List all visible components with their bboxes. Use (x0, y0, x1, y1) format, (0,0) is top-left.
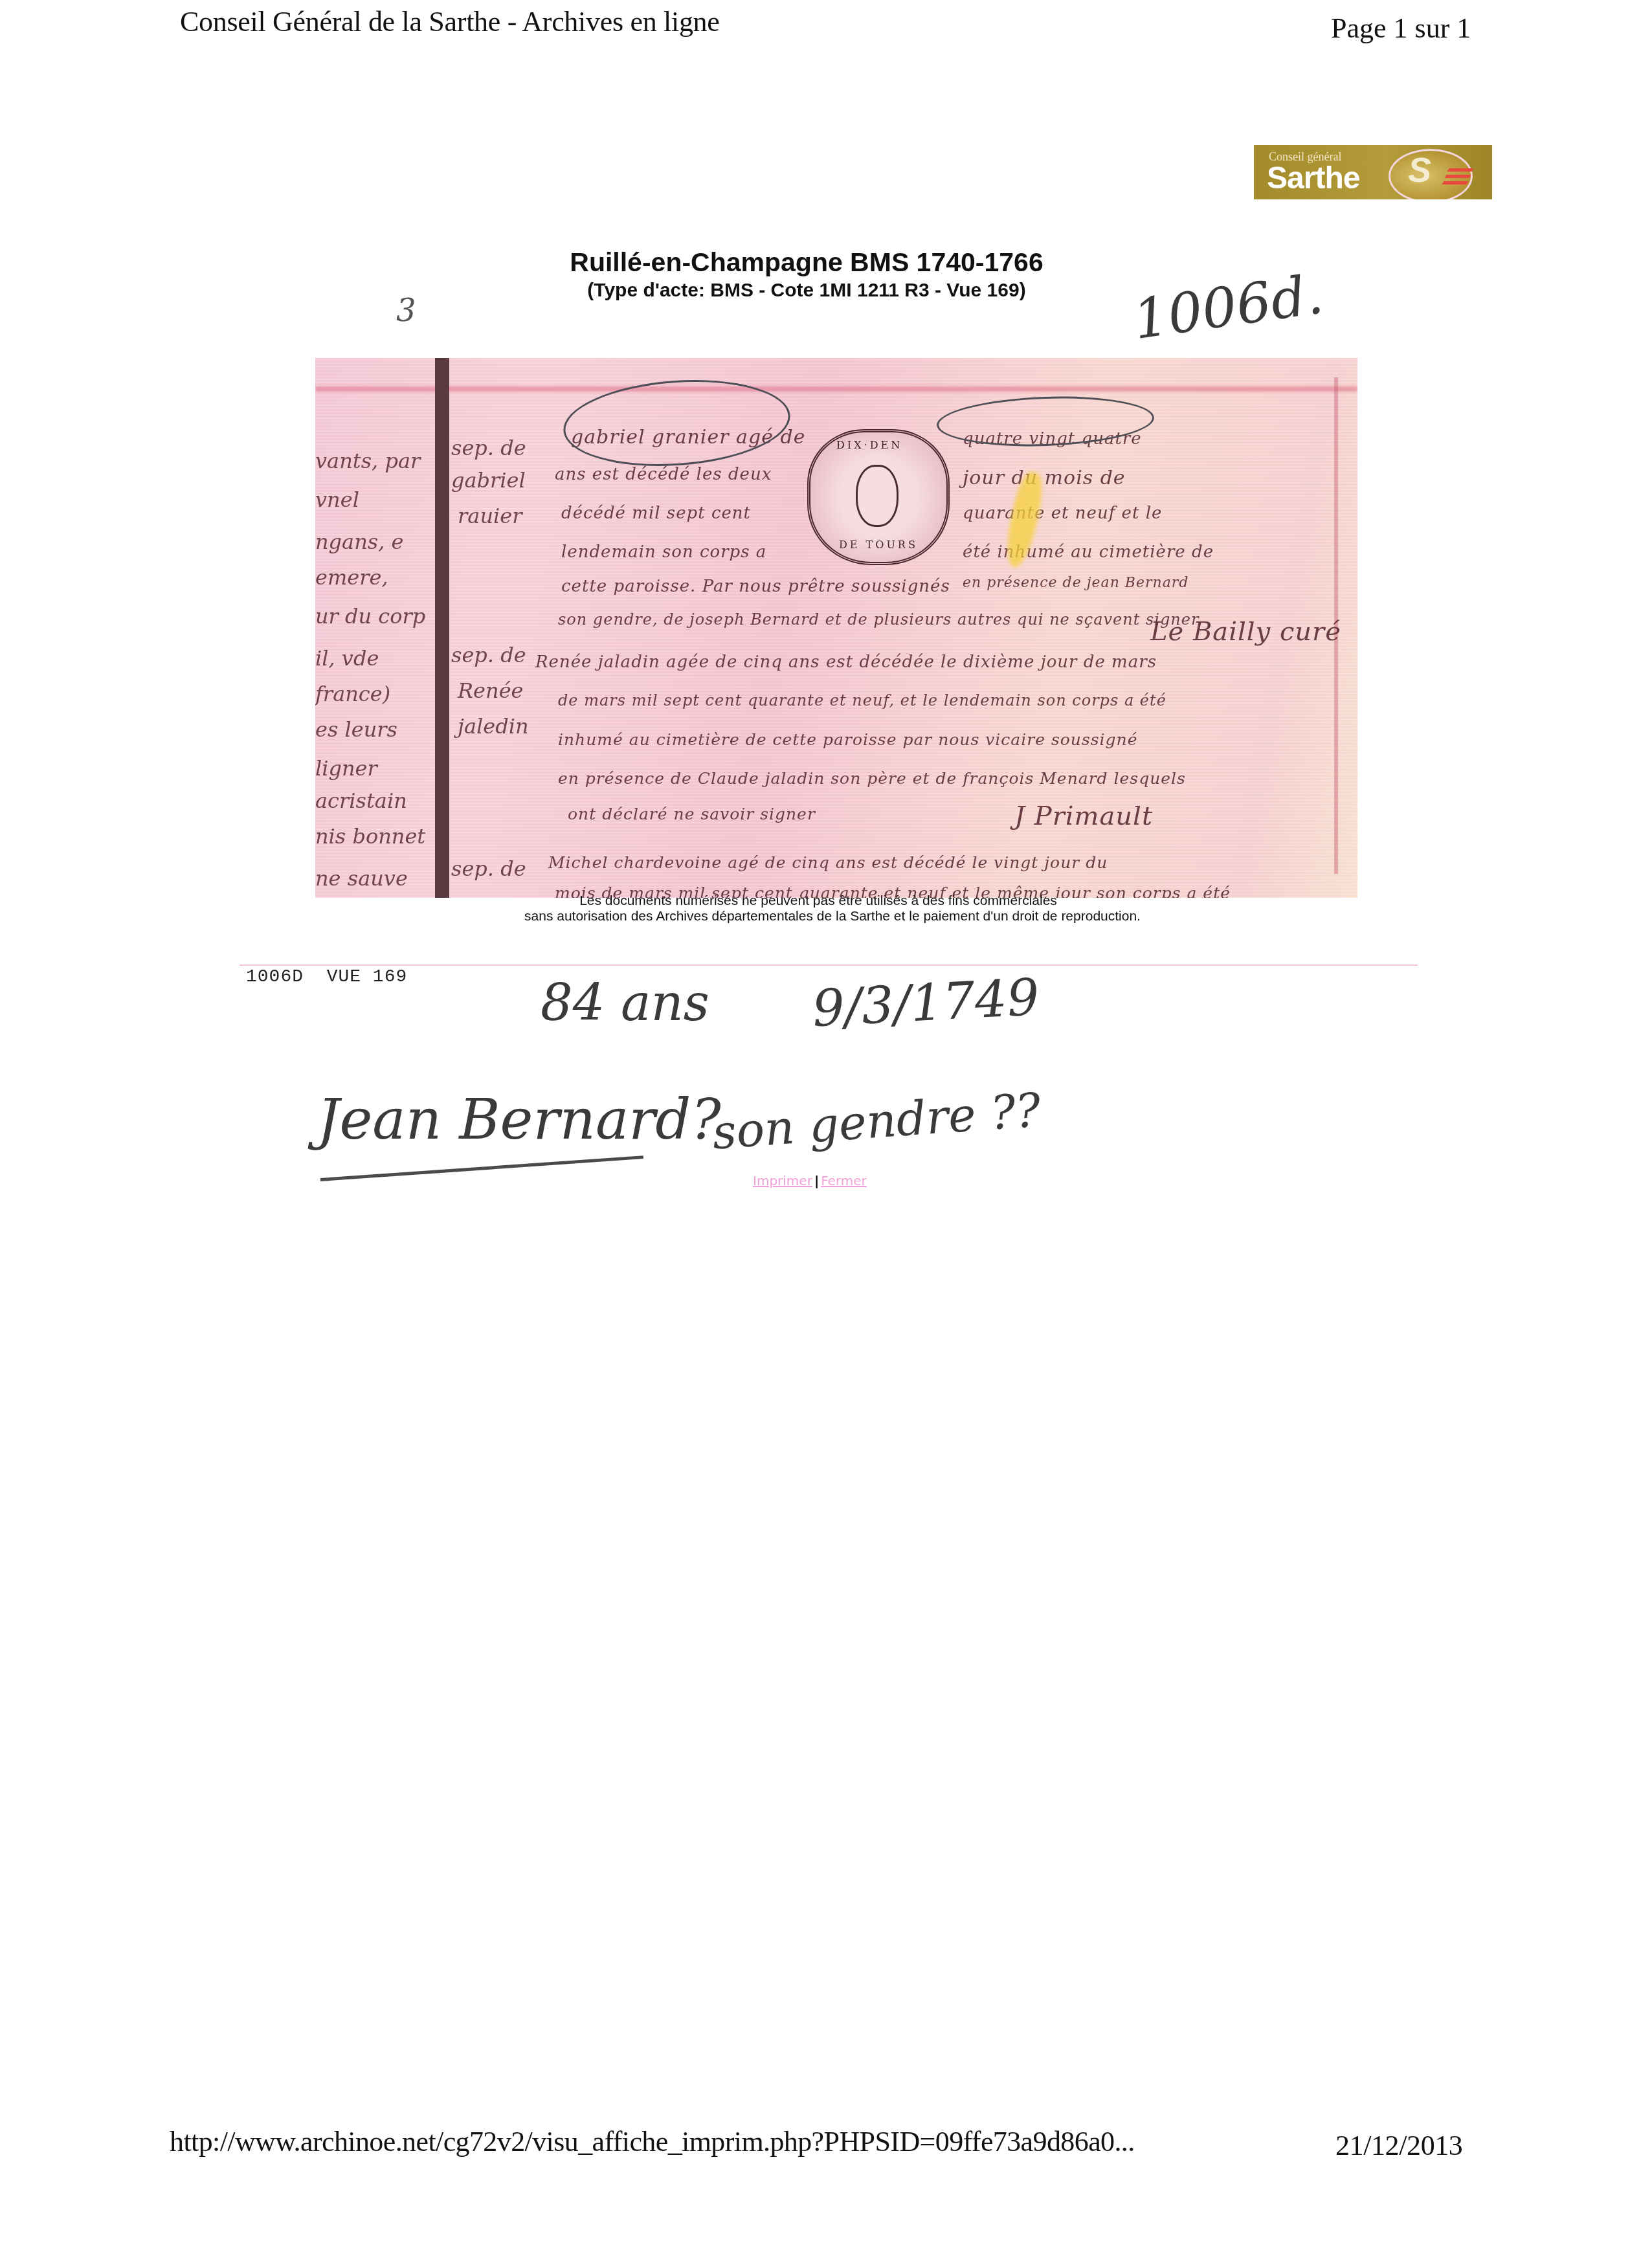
left-column-text: ngans, e (315, 530, 403, 554)
document-subtitle: (Type d'acte: BMS - Cote 1MI 1211 R3 - V… (0, 280, 1652, 302)
reference-view: VUE 169 (327, 967, 408, 987)
copyright-disclaimer: Les documents numérisés ne peuvent pas ê… (0, 893, 1652, 924)
left-column-text: ne sauve (315, 866, 408, 891)
page-indicator: Page 1 sur 1 (1331, 12, 1471, 45)
logo-wordmark: Sarthe (1267, 161, 1359, 197)
scanned-register-image: vants, par vnel ngans, e emere, ur du co… (315, 358, 1357, 898)
disclaimer-line-1: Les documents numérisés ne peuvent pas ê… (0, 893, 1644, 909)
document-title-text: Ruillé-en-Champagne BMS 1740-1766 (570, 247, 1043, 277)
register-line: Renée jaladin agée de cinq ans est décéd… (535, 652, 1157, 672)
left-column-text: ligner (315, 756, 377, 781)
left-column-text: acristain (315, 788, 407, 813)
reference-id: 1006D (246, 967, 304, 987)
print-header-title: Conseil Général de la Sarthe - Archives … (180, 5, 720, 38)
register-line: Michel chardevoine agé de cinq ans est d… (548, 853, 1108, 872)
print-footer-url: http://www.archinoe.net/cg72v2/visu_affi… (170, 2125, 1135, 2158)
register-line: inhumé au cimetière de cette paroisse pa… (558, 730, 1138, 749)
register-line: son gendre, de joseph Bernard et de plus… (558, 610, 1200, 629)
print-link[interactable]: Imprimer (753, 1173, 812, 1188)
left-column-text: nis bonnet (315, 824, 425, 849)
page-actions: Imprimer|Fermer (753, 1173, 867, 1188)
link-separator: | (814, 1173, 819, 1188)
left-column-text: il, vde (315, 646, 379, 671)
stamp-text: DIX·DEN (836, 439, 902, 451)
margin-entry-label: sep. de (451, 643, 526, 667)
register-line: de mars mil sept cent quarante et neuf, … (558, 691, 1166, 709)
register-line: en présence de Claude jaladin son père e… (558, 769, 1186, 788)
register-line: ont déclaré ne savoir signer (568, 805, 816, 823)
reference-code: 1006D VUE 169 (246, 967, 407, 987)
margin-entry-name: Renée (458, 678, 524, 703)
margin-entry-name: gabriel (451, 468, 526, 493)
handwritten-page-number: 3 (396, 293, 416, 329)
left-column-text: vants, par (315, 449, 420, 473)
left-column-text: emere, (315, 565, 388, 590)
close-link[interactable]: Fermer (821, 1173, 867, 1188)
fiscal-stamp-icon: DIX·DEN DE TOURS (807, 429, 950, 565)
register-ruling-line (315, 386, 1357, 392)
handwritten-relation: son gendre ?? (711, 1082, 1042, 1159)
handwritten-underline (320, 1155, 643, 1181)
handwritten-age: 84 ans (541, 974, 709, 1032)
register-line: décédé mil sept cent (561, 504, 751, 523)
signature-le-bailly: Le Bailly curé (1150, 617, 1341, 647)
print-footer-date: 21/12/2013 (1335, 2129, 1462, 2162)
logo-stripe (1447, 168, 1474, 172)
logo-stripe (1445, 175, 1471, 178)
stamp-text: DE TOURS (839, 539, 918, 551)
signature-primault: J Primault (1014, 801, 1153, 831)
disclaimer-line-2: sans autorisation des Archives départeme… (6, 909, 1652, 924)
margin-entry-name: jaledin (458, 714, 529, 739)
margin-entry-name: rauier (458, 504, 522, 528)
register-line: en présence de jean Bernard (963, 575, 1189, 591)
margin-entry-label: sep. de (451, 856, 526, 881)
register-line: lendemain son corps a (561, 542, 766, 562)
left-column-text: vnel (315, 487, 359, 512)
fleur-de-lis-shield-icon (856, 465, 899, 527)
register-line: jour du mois de (963, 467, 1126, 489)
left-column-text: es leurs (315, 717, 397, 742)
left-column-text: france) (315, 682, 390, 706)
register-line: cette paroisse. Par nous prêtre soussign… (561, 577, 950, 596)
logo-stripe (1442, 181, 1469, 184)
separator-line (240, 964, 1418, 966)
logo-emblem-letter: S (1408, 150, 1431, 190)
left-column-text: ur du corp (315, 604, 425, 629)
margin-entry-label: sep. de (451, 436, 526, 460)
document-title: Ruillé-en-Champagne BMS 1740-1766 (0, 247, 1652, 278)
register-line: quarante et neuf et le (963, 504, 1162, 523)
register-margin-rule (435, 358, 449, 898)
register-line: ans est décédé les deux (555, 465, 772, 484)
register-line: été inhumé au cimetière de (963, 542, 1214, 562)
handwritten-date: 9/3/1749 (811, 968, 1041, 1038)
sarthe-logo: Conseil général Sarthe S (1254, 145, 1492, 199)
document-subtitle-text: (Type d'acte: BMS - Cote 1MI 1211 R3 - V… (587, 280, 1025, 301)
handwritten-name: Jean Bernard? (317, 1087, 721, 1152)
